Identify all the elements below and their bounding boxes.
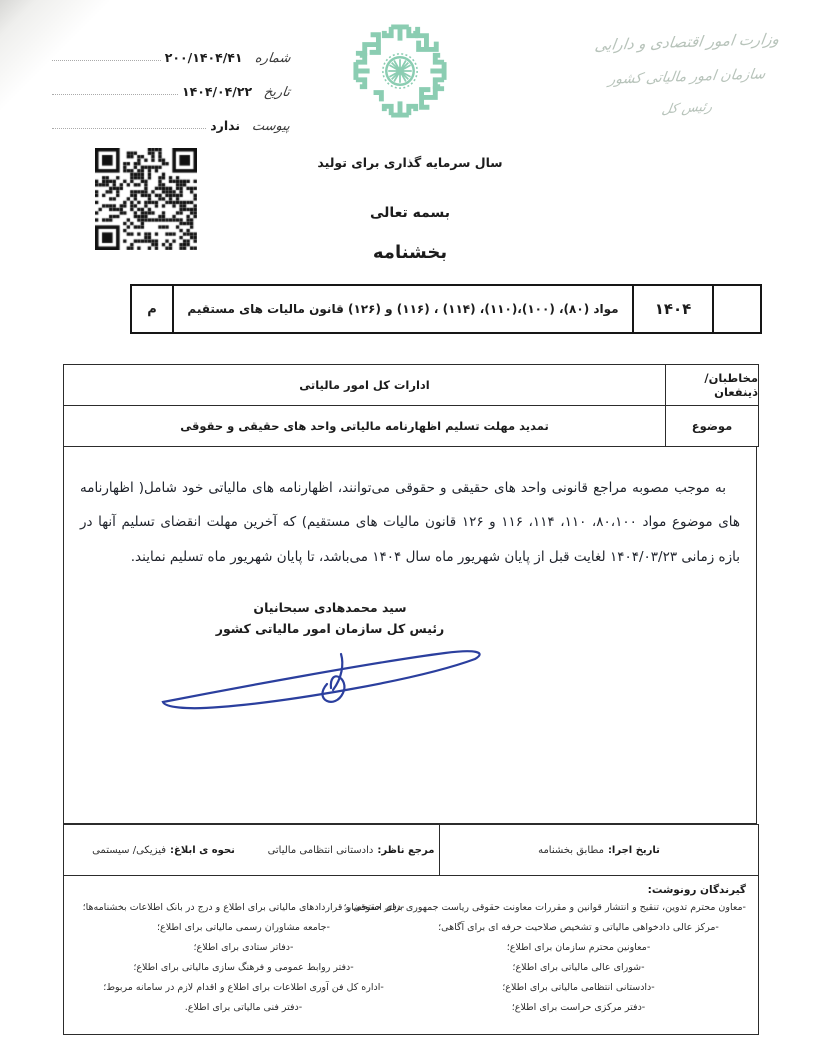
cc-item: -شورای عالی مالیاتی برای اطلاع؛ bbox=[411, 958, 746, 978]
date-value: ۱۴۰۴/۰۴/۲۲ bbox=[178, 84, 256, 100]
cc-item: -معاون محترم تدوین، تنقیح و انتشار قوانی… bbox=[411, 898, 746, 918]
dotted-line bbox=[52, 94, 178, 95]
supervising-authority-value: دادستانی انتظامی مالیاتی bbox=[268, 845, 374, 856]
cc-item: -دفتر حقوقی و قراردادهای مالیاتی برای اط… bbox=[76, 898, 411, 918]
cc-item: -دادستانی انتظامی مالیاتی برای اطلاع؛ bbox=[411, 978, 746, 998]
meta-date-row: تاریخ ۱۴۰۴/۰۴/۲۲ bbox=[52, 70, 290, 100]
execution-date-cell: تاریخ اجرا: مطابق بخشنامه bbox=[439, 825, 758, 875]
classification-articles-cell: مواد (۸۰)، (۱۰۰)،(۱۱۰)، (۱۱۴) ، (۱۱۶) و … bbox=[172, 286, 632, 332]
attachment-label: پیوست bbox=[243, 119, 291, 134]
ministry-name: وزارت امور اقتصادی و دارایی bbox=[571, 30, 803, 55]
signature-block: سید محمدهادی سبحانیان رئیس کل سازمان امو… bbox=[155, 600, 505, 636]
document-type-heading: بخشنامه bbox=[0, 242, 820, 263]
cc-item: -دفتر روابط عمومی و فرهنگ سازی مالیاتی ب… bbox=[76, 958, 411, 978]
footer-table: تاریخ اجرا: مطابق بخشنامه مرجع ناظر: داد… bbox=[63, 824, 759, 1035]
attachment-value: ندارد bbox=[206, 118, 244, 134]
execution-date-value: مطابق بخشنامه bbox=[538, 845, 604, 856]
meta-attachment-row: پیوست ندارد bbox=[52, 104, 290, 134]
footer-meta-row: تاریخ اجرا: مطابق بخشنامه مرجع ناظر: داد… bbox=[64, 825, 758, 876]
document-meta: شماره ۲۰۰/۱۴۰۴/۴۱ تاریخ ۱۴۰۴/۰۴/۲۲ پیوست… bbox=[52, 36, 290, 138]
besmele-heading: بسمه تعالی bbox=[0, 205, 820, 221]
cc-item: -اداره کل فن آوری اطلاعات برای اطلاع و ا… bbox=[76, 978, 411, 998]
number-label: شماره bbox=[245, 51, 291, 66]
copy-recipients-header: گیرندگان رونوشت: bbox=[76, 884, 746, 896]
dotted-line bbox=[52, 60, 161, 61]
tax-administration-logo-icon bbox=[350, 22, 450, 120]
info-table: مخاطبان/ ذینفعان ادارات کل امور مالیاتی … bbox=[63, 364, 759, 447]
audience-row: مخاطبان/ ذینفعان ادارات کل امور مالیاتی bbox=[64, 365, 758, 405]
notification-method-value: فیزیکی/ سیستمی bbox=[92, 845, 166, 856]
number-value: ۲۰۰/۱۴۰۴/۴۱ bbox=[161, 50, 247, 66]
classification-year-cell: ۱۴۰۴ bbox=[632, 286, 712, 332]
copy-recipients-box: گیرندگان رونوشت: -معاون محترم تدوین، تنق… bbox=[64, 876, 758, 1034]
classification-table: ۱۴۰۴ مواد (۸۰)، (۱۰۰)،(۱۱۰)، (۱۱۴) ، (۱۱… bbox=[130, 284, 762, 334]
cc-item: -معاونین محترم سازمان برای اطلاع؛ bbox=[411, 938, 746, 958]
signature-scribble-icon bbox=[145, 640, 515, 720]
audience-value: ادارات کل امور مالیاتی bbox=[64, 365, 665, 405]
notification-method-cell: نحوه ی ابلاغ: فیزیکی/ سیستمی bbox=[64, 825, 263, 875]
copy-recipients-left-column: -دفتر حقوقی و قراردادهای مالیاتی برای اط… bbox=[76, 898, 411, 1018]
signer-name: سید محمدهادی سبحانیان bbox=[155, 600, 505, 615]
subject-row: موضوع تمدید مهلت تسلیم اظهارنامه مالیاتی… bbox=[64, 405, 758, 446]
letterhead: وزارت امور اقتصادی و دارایی سازمان امور … bbox=[572, 34, 802, 116]
signer-title: رئیس کل سازمان امور مالیاتی کشور bbox=[155, 621, 505, 636]
copy-recipients-right-column: -معاون محترم تدوین، تنقیح و انتشار قوانی… bbox=[411, 898, 746, 1018]
date-label: تاریخ bbox=[255, 85, 291, 100]
role-title: رئیس کل bbox=[571, 94, 803, 121]
year-slogan: سال سرمایه گذاری برای تولید bbox=[0, 155, 820, 170]
meta-number-row: شماره ۲۰۰/۱۴۰۴/۴۱ bbox=[52, 36, 290, 66]
cc-item: -دفتر مرکزی حراست برای اطلاع؛ bbox=[411, 998, 746, 1018]
cc-item: -دفاتر ستادی برای اطلاع؛ bbox=[76, 938, 411, 958]
classification-category-cell: م bbox=[132, 286, 172, 332]
supervising-authority-label: مرجع ناظر: bbox=[377, 845, 434, 856]
document-page: شماره ۲۰۰/۱۴۰۴/۴۱ تاریخ ۱۴۰۴/۰۴/۲۲ پیوست… bbox=[0, 0, 820, 1055]
cc-item: -جامعه مشاوران رسمی مالیاتی برای اطلاع؛ bbox=[76, 918, 411, 938]
cc-item: -دفتر فنی مالیاتی برای اطلاع. bbox=[76, 998, 411, 1018]
dotted-line bbox=[52, 128, 206, 129]
audience-label: مخاطبان/ ذینفعان bbox=[665, 365, 758, 405]
organization-name: سازمان امور مالیاتی کشور bbox=[571, 64, 803, 88]
cc-item: -مرکز عالی دادخواهی مالیاتی و تشخیص صلاح… bbox=[411, 918, 746, 938]
body-text: به موجب مصوبه مراجع قانونی واحد های حقیق… bbox=[64, 447, 756, 574]
subject-label: موضوع bbox=[665, 406, 758, 446]
notification-method-label: نحوه ی ابلاغ: bbox=[170, 845, 235, 856]
copy-recipients-columns: -معاون محترم تدوین، تنقیح و انتشار قوانی… bbox=[76, 898, 746, 1018]
execution-date-label: تاریخ اجرا: bbox=[608, 845, 660, 856]
classification-empty-cell bbox=[712, 286, 760, 332]
subject-value: تمدید مهلت تسلیم اظهارنامه مالیاتی واحد … bbox=[64, 406, 665, 446]
supervising-authority-cell: مرجع ناظر: دادستانی انتظامی مالیاتی bbox=[263, 825, 439, 875]
